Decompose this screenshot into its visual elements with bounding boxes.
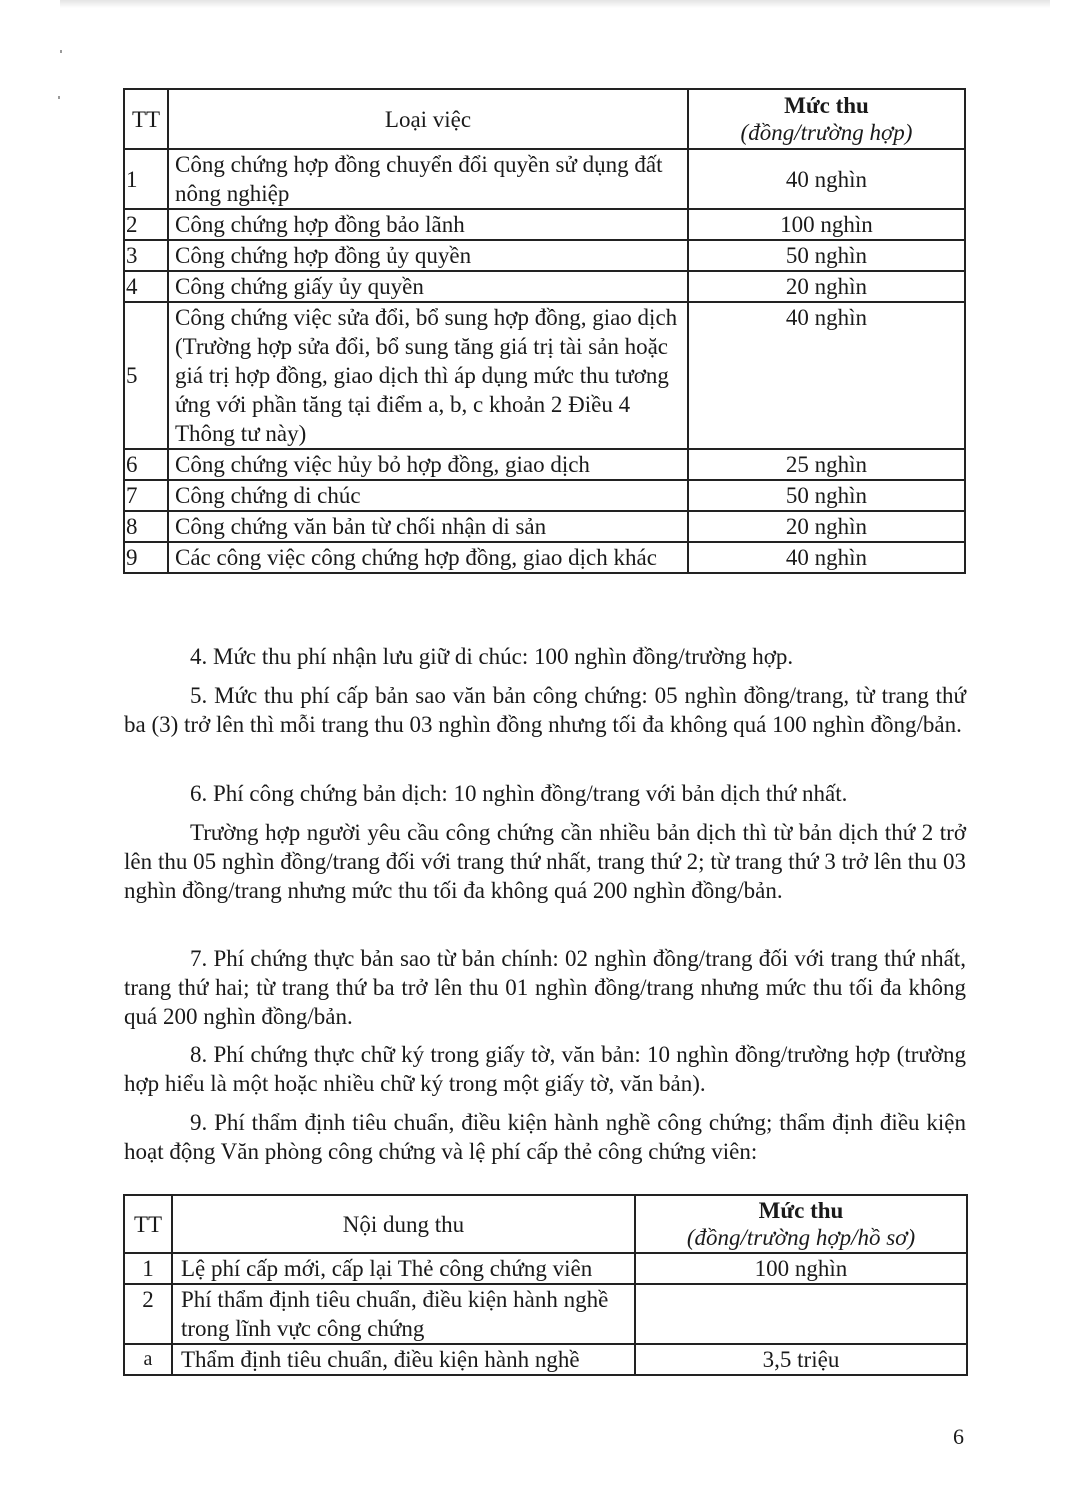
row-fee: 3,5 triệu [635, 1344, 967, 1375]
page-number: 6 [953, 1424, 964, 1450]
row-description: Lệ phí cấp mới, cấp lại Thẻ công chứng v… [172, 1253, 635, 1284]
paragraph-8: 8. Phí chứng thực chữ ký trong giấy tờ, … [124, 1040, 966, 1098]
scan-speck [58, 96, 60, 99]
row-fee: 100 nghìn [635, 1253, 967, 1284]
paragraph-6-detail: Trường hợp người yêu cầu công chứng cần … [124, 818, 966, 905]
table-row: 6 Công chứng việc hủy bỏ hợp đồng, giao … [124, 449, 965, 480]
row-fee: 50 nghìn [688, 240, 965, 271]
scan-top-edge [60, 0, 1050, 8]
paragraph-5: 5. Mức thu phí cấp bản sao văn bản công … [124, 681, 966, 739]
table-header-row: TT Nội dung thu Mức thu (đồng/trường hợp… [124, 1195, 967, 1253]
header-description: Loại việc [168, 89, 688, 149]
row-fee: 20 nghìn [688, 271, 965, 302]
row-fee: 40 nghìn [688, 149, 965, 209]
row-description: Công chứng hợp đồng chuyển đổi quyền sử … [168, 149, 688, 209]
table-row: 9 Các công việc công chứng hợp đồng, gia… [124, 542, 965, 573]
row-description: Công chứng giấy ủy quyền [168, 271, 688, 302]
table-row: a Thẩm định tiêu chuẩn, điều kiện hành n… [124, 1344, 967, 1375]
table-row: 8 Công chứng văn bản từ chối nhận di sản… [124, 511, 965, 542]
table-row: 1 Công chứng hợp đồng chuyển đổi quyền s… [124, 149, 965, 209]
row-fee [635, 1284, 967, 1344]
table-row: 4 Công chứng giấy ủy quyền 20 nghìn [124, 271, 965, 302]
header-fee-title: Mức thu [639, 1197, 963, 1224]
row-tt: 1 [124, 149, 168, 209]
header-description: Nội dung thu [172, 1195, 635, 1253]
qualification-fee-table: TT Nội dung thu Mức thu (đồng/trường hợp… [123, 1194, 968, 1376]
table-row: 7 Công chứng di chúc 50 nghìn [124, 480, 965, 511]
notary-fee-table: TT Loại việc Mức thu (đồng/trường hợp) 1… [123, 88, 966, 574]
header-fee: Mức thu (đồng/trường hợp/hồ sơ) [635, 1195, 967, 1253]
paragraph-6: 6. Phí công chứng bản dịch: 10 nghìn đồn… [124, 779, 966, 808]
row-description: Thẩm định tiêu chuẩn, điều kiện hành ngh… [172, 1344, 635, 1375]
row-fee: 100 nghìn [688, 209, 965, 240]
table-row: 2 Phí thẩm định tiêu chuẩn, điều kiện hà… [124, 1284, 967, 1344]
scan-speck [60, 50, 62, 53]
paragraph-7: 7. Phí chứng thực bản sao từ bản chính: … [124, 944, 966, 1031]
row-tt: 7 [124, 480, 168, 511]
row-tt: 4 [124, 271, 168, 302]
header-fee: Mức thu (đồng/trường hợp) [688, 89, 965, 149]
paragraph-4: 4. Mức thu phí nhận lưu giữ di chúc: 100… [124, 642, 966, 671]
row-description: Các công việc công chứng hợp đồng, giao … [168, 542, 688, 573]
row-fee: 25 nghìn [688, 449, 965, 480]
header-tt: TT [124, 1195, 172, 1253]
row-description: Phí thẩm định tiêu chuẩn, điều kiện hành… [172, 1284, 635, 1344]
table-row: 1 Lệ phí cấp mới, cấp lại Thẻ công chứng… [124, 1253, 967, 1284]
row-tt: 3 [124, 240, 168, 271]
row-tt: 8 [124, 511, 168, 542]
row-fee: 50 nghìn [688, 480, 965, 511]
row-tt: a [124, 1344, 172, 1375]
header-tt: TT [124, 89, 168, 149]
paragraph-9: 9. Phí thẩm định tiêu chuẩn, điều kiện h… [124, 1108, 966, 1166]
row-description: Công chứng việc sửa đổi, bổ sung hợp đồn… [168, 302, 688, 449]
row-description: Công chứng di chúc [168, 480, 688, 511]
row-fee: 20 nghìn [688, 511, 965, 542]
row-tt: 2 [124, 1284, 172, 1344]
table-row: 5 Công chứng việc sửa đổi, bổ sung hợp đ… [124, 302, 965, 449]
row-tt: 9 [124, 542, 168, 573]
row-tt: 6 [124, 449, 168, 480]
row-fee: 40 nghìn [688, 302, 965, 449]
row-tt: 5 [124, 302, 168, 449]
header-fee-unit: (đồng/trường hợp) [692, 119, 961, 146]
table-row: 3 Công chứng hợp đồng ủy quyền 50 nghìn [124, 240, 965, 271]
row-tt: 2 [124, 209, 168, 240]
row-fee: 40 nghìn [688, 542, 965, 573]
row-description: Công chứng hợp đồng bảo lãnh [168, 209, 688, 240]
table-header-row: TT Loại việc Mức thu (đồng/trường hợp) [124, 89, 965, 149]
row-description: Công chứng việc hủy bỏ hợp đồng, giao dị… [168, 449, 688, 480]
row-tt: 1 [124, 1253, 172, 1284]
header-fee-unit: (đồng/trường hợp/hồ sơ) [639, 1224, 963, 1251]
row-description: Công chứng hợp đồng ủy quyền [168, 240, 688, 271]
header-fee-title: Mức thu [692, 92, 961, 119]
table-row: 2 Công chứng hợp đồng bảo lãnh 100 nghìn [124, 209, 965, 240]
row-description: Công chứng văn bản từ chối nhận di sản [168, 511, 688, 542]
